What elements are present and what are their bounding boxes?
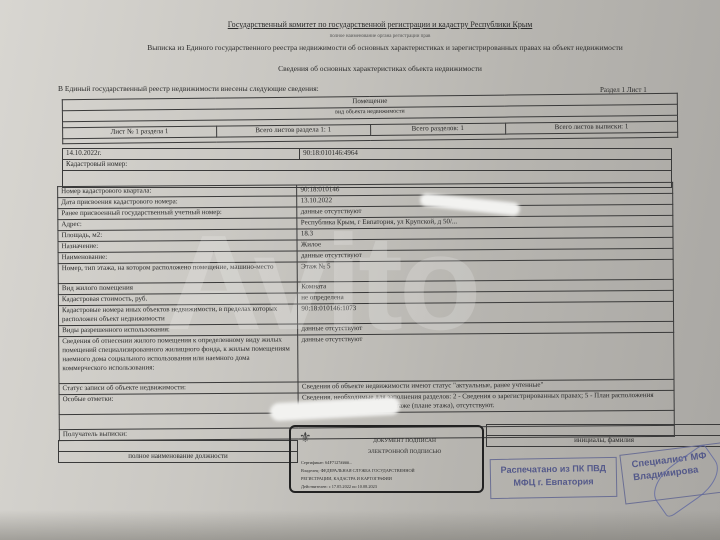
watermark: Avito [165,205,478,360]
electronic-signature-box: ⚜ ДОКУМЕНТ ПОДПИСАН ЭЛЕКТРОННОЙ ПОДПИСЬЮ… [289,425,484,493]
cadastral-number-label: Кадастровый номер: [63,160,672,171]
position-caption: полное наименование должности [59,452,298,463]
photo-shadow [0,510,720,540]
object-type-table: Помещение вид объекта недвижимости Лист … [62,93,678,144]
state-emblem-icon: ⚜ [299,430,312,447]
extract-title: Выписка из Единого государственного реес… [60,43,710,52]
intro-text: В Единый государственный реестр недвижим… [58,84,319,93]
initials-table: инициалы, фамилия [486,424,720,447]
cadastral-number: 90:18:010146:4964 [300,149,672,160]
authority-caption: полное наименование органа регистрации п… [150,32,610,41]
extract-date: 14.10.2022г. [63,149,300,160]
position-table: полное наименование должности [58,440,298,463]
document-photo: Государственный комитет по государственн… [0,0,720,540]
authority-title: Государственный комитет по государственн… [150,20,610,29]
extract-subtitle: Сведения об основных характеристиках объ… [150,64,610,73]
initials-caption: инициалы, фамилия [487,436,720,447]
mfc-printed-stamp: Распечатано из ПК ПВД МФЦ г. Евпатория [490,457,618,499]
